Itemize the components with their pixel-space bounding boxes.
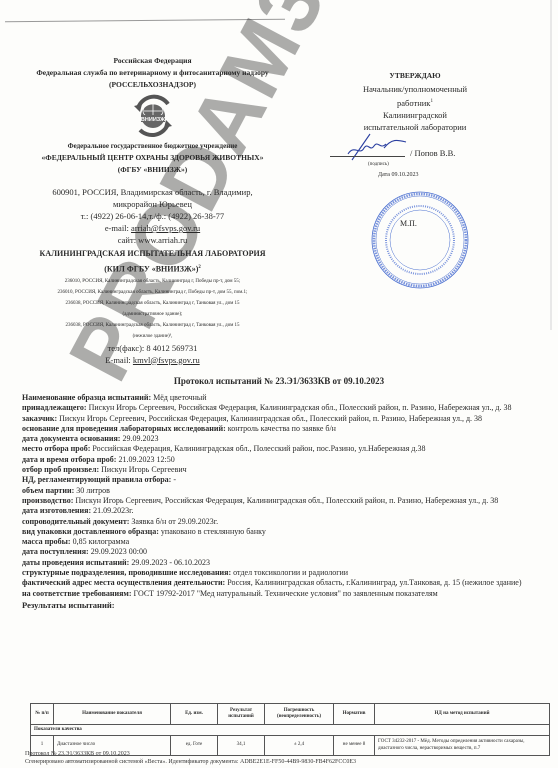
field-label: заказчик: xyxy=(22,414,57,423)
agency-short: (РОССЕЛЬХОЗНАДЗОР) xyxy=(10,79,295,91)
org-short: (ФГБУ «ВНИИЗЖ») xyxy=(10,164,295,176)
field-value: 29.09.2023 xyxy=(122,434,158,443)
field-value: Пискун Игорь Сергеевич, Российская Федер… xyxy=(59,414,482,423)
lab-address: 236038, РОССИЯ, Калининградская область,… xyxy=(10,298,295,309)
protocol-field: принадлежащего: Пискун Игорь Сергеевич, … xyxy=(22,403,537,413)
results-heading: Результаты испытаний: xyxy=(22,600,537,610)
lab-address: (административное здание); xyxy=(10,309,295,320)
field-value: Пискун Игорь Сергеевич, Российская Федер… xyxy=(89,403,512,412)
protocol-field: объем партии: 30 литров xyxy=(22,486,537,496)
approver-position: Начальник/уполномоченный xyxy=(345,83,485,95)
seal-stamp-icon xyxy=(370,190,470,290)
signature-note: (подпись) xyxy=(368,162,389,167)
field-value: контроль качества по заявке б/н xyxy=(228,424,336,433)
field-label: НД, регламентирующий правила отбора: xyxy=(22,475,171,484)
lab-address: (нежилое здание)³, xyxy=(10,331,295,342)
col-result: Результат испытаний xyxy=(218,704,265,725)
field-label: производство: xyxy=(22,496,73,505)
protocol-field: масса пробы: 0,85 килограмма xyxy=(22,537,537,547)
org-address-line1: 600901, РОССИЯ, Владимирская область, г.… xyxy=(10,186,295,198)
field-value: отдел токсикологии и радиологии xyxy=(233,568,348,577)
document-footer: Протокол № 23.Э1/3633КВ от 09.10.2023 Сг… xyxy=(25,750,356,766)
scan-edge-right xyxy=(550,0,552,330)
col-method: НД на метод испытаний xyxy=(375,704,550,725)
protocol-field: место отбора проб: Российская Федерация,… xyxy=(22,444,537,454)
field-label: дата изготовления: xyxy=(22,506,91,515)
protocol-field: основание для проведения лабораторных ис… xyxy=(22,424,537,434)
field-value: 30 литров xyxy=(76,486,110,495)
field-value: 29.09.2023 - 06.10.2023 xyxy=(131,558,210,567)
field-label: структурные подразделения, проводившие и… xyxy=(22,568,231,577)
org-phones: т.: (4922) 26-06-14,т./ф.: (4922) 26-38-… xyxy=(10,210,295,222)
table-group-row: Показатели качества xyxy=(31,725,550,736)
org-address-line2: микрорайон Юрьевец xyxy=(10,198,295,210)
footer-protocol-ref: Протокол № 23.Э1/3633КВ от 09.10.2023 xyxy=(25,750,356,758)
col-uncertainty: Погрешность (неопределенность) xyxy=(265,704,334,725)
org-type: Федеральное государственное бюджетное уч… xyxy=(10,140,295,152)
col-indicator: Наименование показателя xyxy=(54,704,171,725)
field-label: основание для проведения лабораторных ис… xyxy=(22,424,226,433)
approver-position: Калининградской xyxy=(345,109,485,121)
signature-line xyxy=(330,156,405,157)
approval-block: УТВЕРЖДАЮ Начальник/уполномоченный работ… xyxy=(345,70,485,133)
field-value: 0,85 килограмма xyxy=(73,537,130,546)
scan-edge-line xyxy=(5,19,285,22)
field-label: дата документа основания: xyxy=(22,434,120,443)
protocol-field: фактический адрес места осуществления де… xyxy=(22,578,537,588)
field-label: отбор проб произвел: xyxy=(22,465,99,474)
protocol-fields: Наименование образца испытаний: Мёд цвет… xyxy=(22,393,537,610)
protocol-field: НД, регламентирующий правила отбора: - xyxy=(22,475,537,485)
protocol-title: Протокол испытаний № 23.Э1/3633КВ от 09.… xyxy=(0,376,558,386)
protocol-field: вид упаковки доставленного образца: упак… xyxy=(22,527,537,537)
seal-label: М.П. xyxy=(400,219,417,228)
lab-email-line: E-mail: kmvl@fsvps.gov.ru xyxy=(10,354,295,366)
country-name: Российская Федерация xyxy=(10,55,295,67)
col-number: № п/п xyxy=(31,704,54,725)
protocol-field: на соответствие требованиям: ГОСТ 19792-… xyxy=(22,589,537,599)
lab-short: (КИЛ ФГБУ «ВНИИЗЖ»)2 xyxy=(10,261,295,276)
field-value: Российская Федерация, Калининградская об… xyxy=(92,444,425,453)
results-table: № п/п Наименование показателя Ед. изм. Р… xyxy=(30,703,550,756)
field-label: принадлежащего: xyxy=(22,403,87,412)
field-label: место отбора проб: xyxy=(22,444,90,453)
vniizzh-logo-icon: ВНИИЗЖ xyxy=(128,94,178,138)
field-label: масса пробы: xyxy=(22,537,71,546)
protocol-field: структурные подразделения, проводившие и… xyxy=(22,568,537,578)
field-value: 29.09.2023 00:00 xyxy=(91,547,147,556)
field-value: ГОСТ 19792-2017 "Мед натуральный. Технич… xyxy=(134,589,438,598)
lab-address: 236010, РОССИЯ, Калининградская область,… xyxy=(10,276,295,287)
field-label: Наименование образца испытаний: xyxy=(22,393,151,402)
table-header-row: № п/п Наименование показателя Ед. изм. Р… xyxy=(31,704,550,725)
document-page: Российская Федерация Федеральная служба … xyxy=(0,0,558,768)
field-value: 21.09.2023г. xyxy=(93,506,133,515)
field-value: Пискун Игорь Сергеевич xyxy=(101,465,187,474)
approval-title: УТВЕРЖДАЮ xyxy=(345,70,485,82)
protocol-field: дата изготовления: 21.09.2023г. xyxy=(22,506,537,516)
signature-icon xyxy=(340,130,410,165)
protocol-field: сопроводительный документ: Заявка б/н от… xyxy=(22,517,537,527)
lab-name: КАЛИНИНГРАДСКАЯ ИСПЫТАТЕЛЬНАЯ ЛАБОРАТОРИ… xyxy=(10,247,295,260)
cell-method: ГОСТ 34232-2017 - Мёд. Методы определени… xyxy=(375,736,550,756)
field-label: фактический адрес места осуществления де… xyxy=(22,578,225,587)
lab-email-link[interactable]: kmvl@fsvps.gov.ru xyxy=(133,355,200,365)
lab-address: 236038, РОССИЯ, Калининградская область,… xyxy=(10,320,295,331)
field-value: 21.09.2023 12:50 xyxy=(118,455,174,464)
field-value: упаковано в стеклянную банку xyxy=(161,527,266,536)
field-label: сопроводительный документ: xyxy=(22,517,129,526)
protocol-field: дата поступления: 29.09.2023 00:00 xyxy=(22,547,537,557)
protocol-field: заказчик: Пискун Игорь Сергеевич, Россий… xyxy=(22,414,537,424)
col-unit: Ед. изм. xyxy=(171,704,218,725)
group-label: Показатели качества xyxy=(31,725,550,736)
field-value: Мёд цветочный xyxy=(153,393,206,402)
org-email-link[interactable]: arriah@fsvps.gov.ru xyxy=(131,223,200,233)
field-label: вид упаковки доставленного образца: xyxy=(22,527,159,536)
protocol-field: дата документа основания: 29.09.2023 xyxy=(22,434,537,444)
field-label: дата и время отбора проб: xyxy=(22,455,116,464)
protocol-field: даты проведения испытаний: 29.09.2023 - … xyxy=(22,558,537,568)
organization-header: Российская Федерация Федеральная служба … xyxy=(10,55,295,366)
field-label: дата поступления: xyxy=(22,547,89,556)
field-value: Пискун Игорь Сергеевич, Российская Федер… xyxy=(75,496,498,505)
lab-address: 236010, РОССИЯ, Калининградская область,… xyxy=(10,287,295,298)
field-label: на соответствие требованиям: xyxy=(22,589,132,598)
field-label: объем партии: xyxy=(22,486,74,495)
approver-position: работник1 xyxy=(345,95,485,109)
protocol-field: дата и время отбора проб: 21.09.2023 12:… xyxy=(22,455,537,465)
protocol-field: отбор проб произвел: Пискун Игорь Сергее… xyxy=(22,465,537,475)
org-name: «ФЕДЕРАЛЬНЫЙ ЦЕНТР ОХРАНЫ ЗДОРОВЬЯ ЖИВОТ… xyxy=(10,152,295,164)
protocol-field: Наименование образца испытаний: Мёд цвет… xyxy=(22,393,537,403)
org-site[interactable]: сайт: www.arriah.ru xyxy=(10,234,295,246)
field-value: - xyxy=(173,475,176,484)
field-label: даты проведения испытаний: xyxy=(22,558,129,567)
signer-name: / Попов В.В. xyxy=(410,148,455,158)
lab-phone: тел(факс): 8 4012 569731 xyxy=(10,342,295,354)
protocol-field: производство: Пискун Игорь Сергеевич, Ро… xyxy=(22,496,537,506)
agency-name: Федеральная служба по ветеринарному и фи… xyxy=(10,67,295,79)
field-value: Заявка б/н от 29.09.2023г. xyxy=(131,517,218,526)
logo-text: ВНИИЗЖ xyxy=(140,117,164,123)
approval-date: Дата 09.10.2023 xyxy=(378,172,418,178)
col-norm: Норматив xyxy=(334,704,375,725)
footer-generated-note: Сгенерировано автоматизированной системо… xyxy=(25,758,356,766)
field-value: Россия, Калининградская область, г.Калин… xyxy=(227,578,521,587)
org-email-line: e-mail: arriah@fsvps.gov.ru xyxy=(10,222,295,234)
